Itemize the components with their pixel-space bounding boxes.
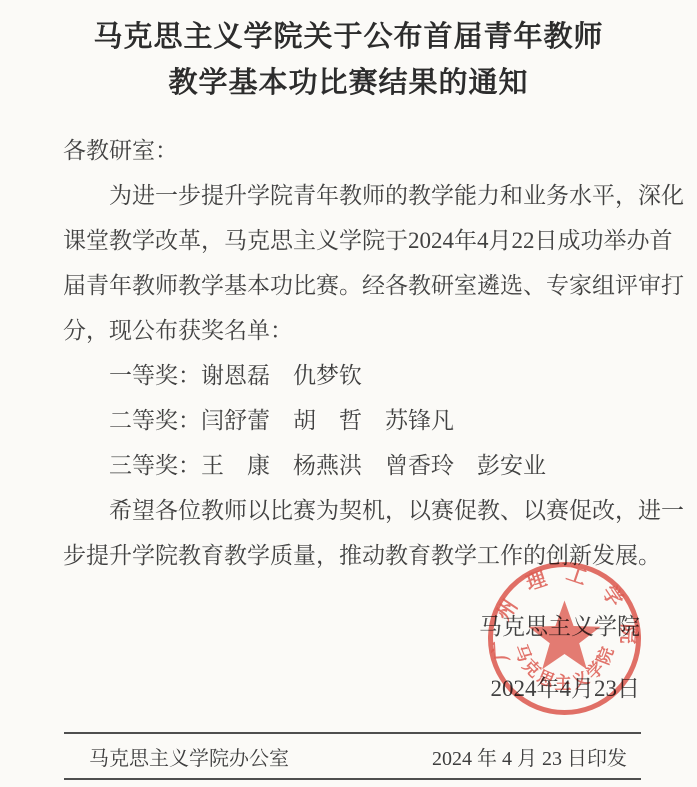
- closing-paragraph: 希望各位教师以比赛为契机，以赛促教、以赛促改，进一 步提升学院教育教学质量，推动…: [63, 488, 640, 578]
- footer-issuing-office: 马克思主义学院办公室: [89, 742, 289, 771]
- document-title: 马克思主义学院关于公布首届青年教师 教学基本功比赛结果的通知: [0, 14, 697, 106]
- title-line-2: 教学基本功比赛结果的通知: [0, 60, 697, 106]
- closing-line: 希望各位教师以比赛为契机，以赛促教、以赛促改，进一: [63, 488, 640, 533]
- closing-line: 步提升学院教育教学质量，推动教育教学工作的创新发展。: [63, 533, 640, 578]
- award-line-second-prize: 二等奖：闫舒蕾 胡 哲 苏锋凡: [63, 398, 640, 443]
- signature-org: 马克思主义学院: [63, 604, 640, 649]
- award-line-first-prize: 一等奖：谢恩磊 仇梦钦: [63, 353, 640, 398]
- title-line-1: 马克思主义学院关于公布首届青年教师: [0, 14, 697, 60]
- signature-date: 2024年4月23日: [63, 666, 640, 711]
- signature-block: 马克思主义学院 2024年4月23日: [63, 604, 640, 711]
- intro-paragraph: 为进一步提升学院青年教师的教学能力和业务水平，深化 课堂教学改革，马克思主义学院…: [63, 173, 640, 353]
- paragraph-line: 为进一步提升学院青年教师的教学能力和业务水平，深化: [63, 173, 640, 218]
- paragraph-line: 届青年教师教学基本功比赛。经各教研室遴选、专家组评审打: [63, 263, 640, 308]
- paragraph-line: 分，现公布获奖名单：: [63, 308, 640, 353]
- scanned-notice-page: 马克思主义学院关于公布首届青年教师 教学基本功比赛结果的通知 各教研室： 为进一…: [0, 0, 697, 787]
- footer-print-date: 2024 年 4 月 23 日印发: [432, 742, 627, 771]
- document-footer: 马克思主义学院办公室 2024 年 4 月 23 日印发: [64, 732, 641, 780]
- paragraph-line: 课堂教学改革，马克思主义学院于2024年4月22日成功举办首: [63, 218, 640, 263]
- salutation: 各教研室：: [63, 128, 640, 173]
- award-list: 一等奖：谢恩磊 仇梦钦 二等奖：闫舒蕾 胡 哲 苏锋凡 三等奖：王 康 杨燕洪 …: [63, 353, 640, 488]
- award-line-third-prize: 三等奖：王 康 杨燕洪 曾香玲 彭安业: [63, 443, 640, 488]
- document-body: 各教研室： 为进一步提升学院青年教师的教学能力和业务水平，深化 课堂教学改革，马…: [0, 128, 697, 711]
